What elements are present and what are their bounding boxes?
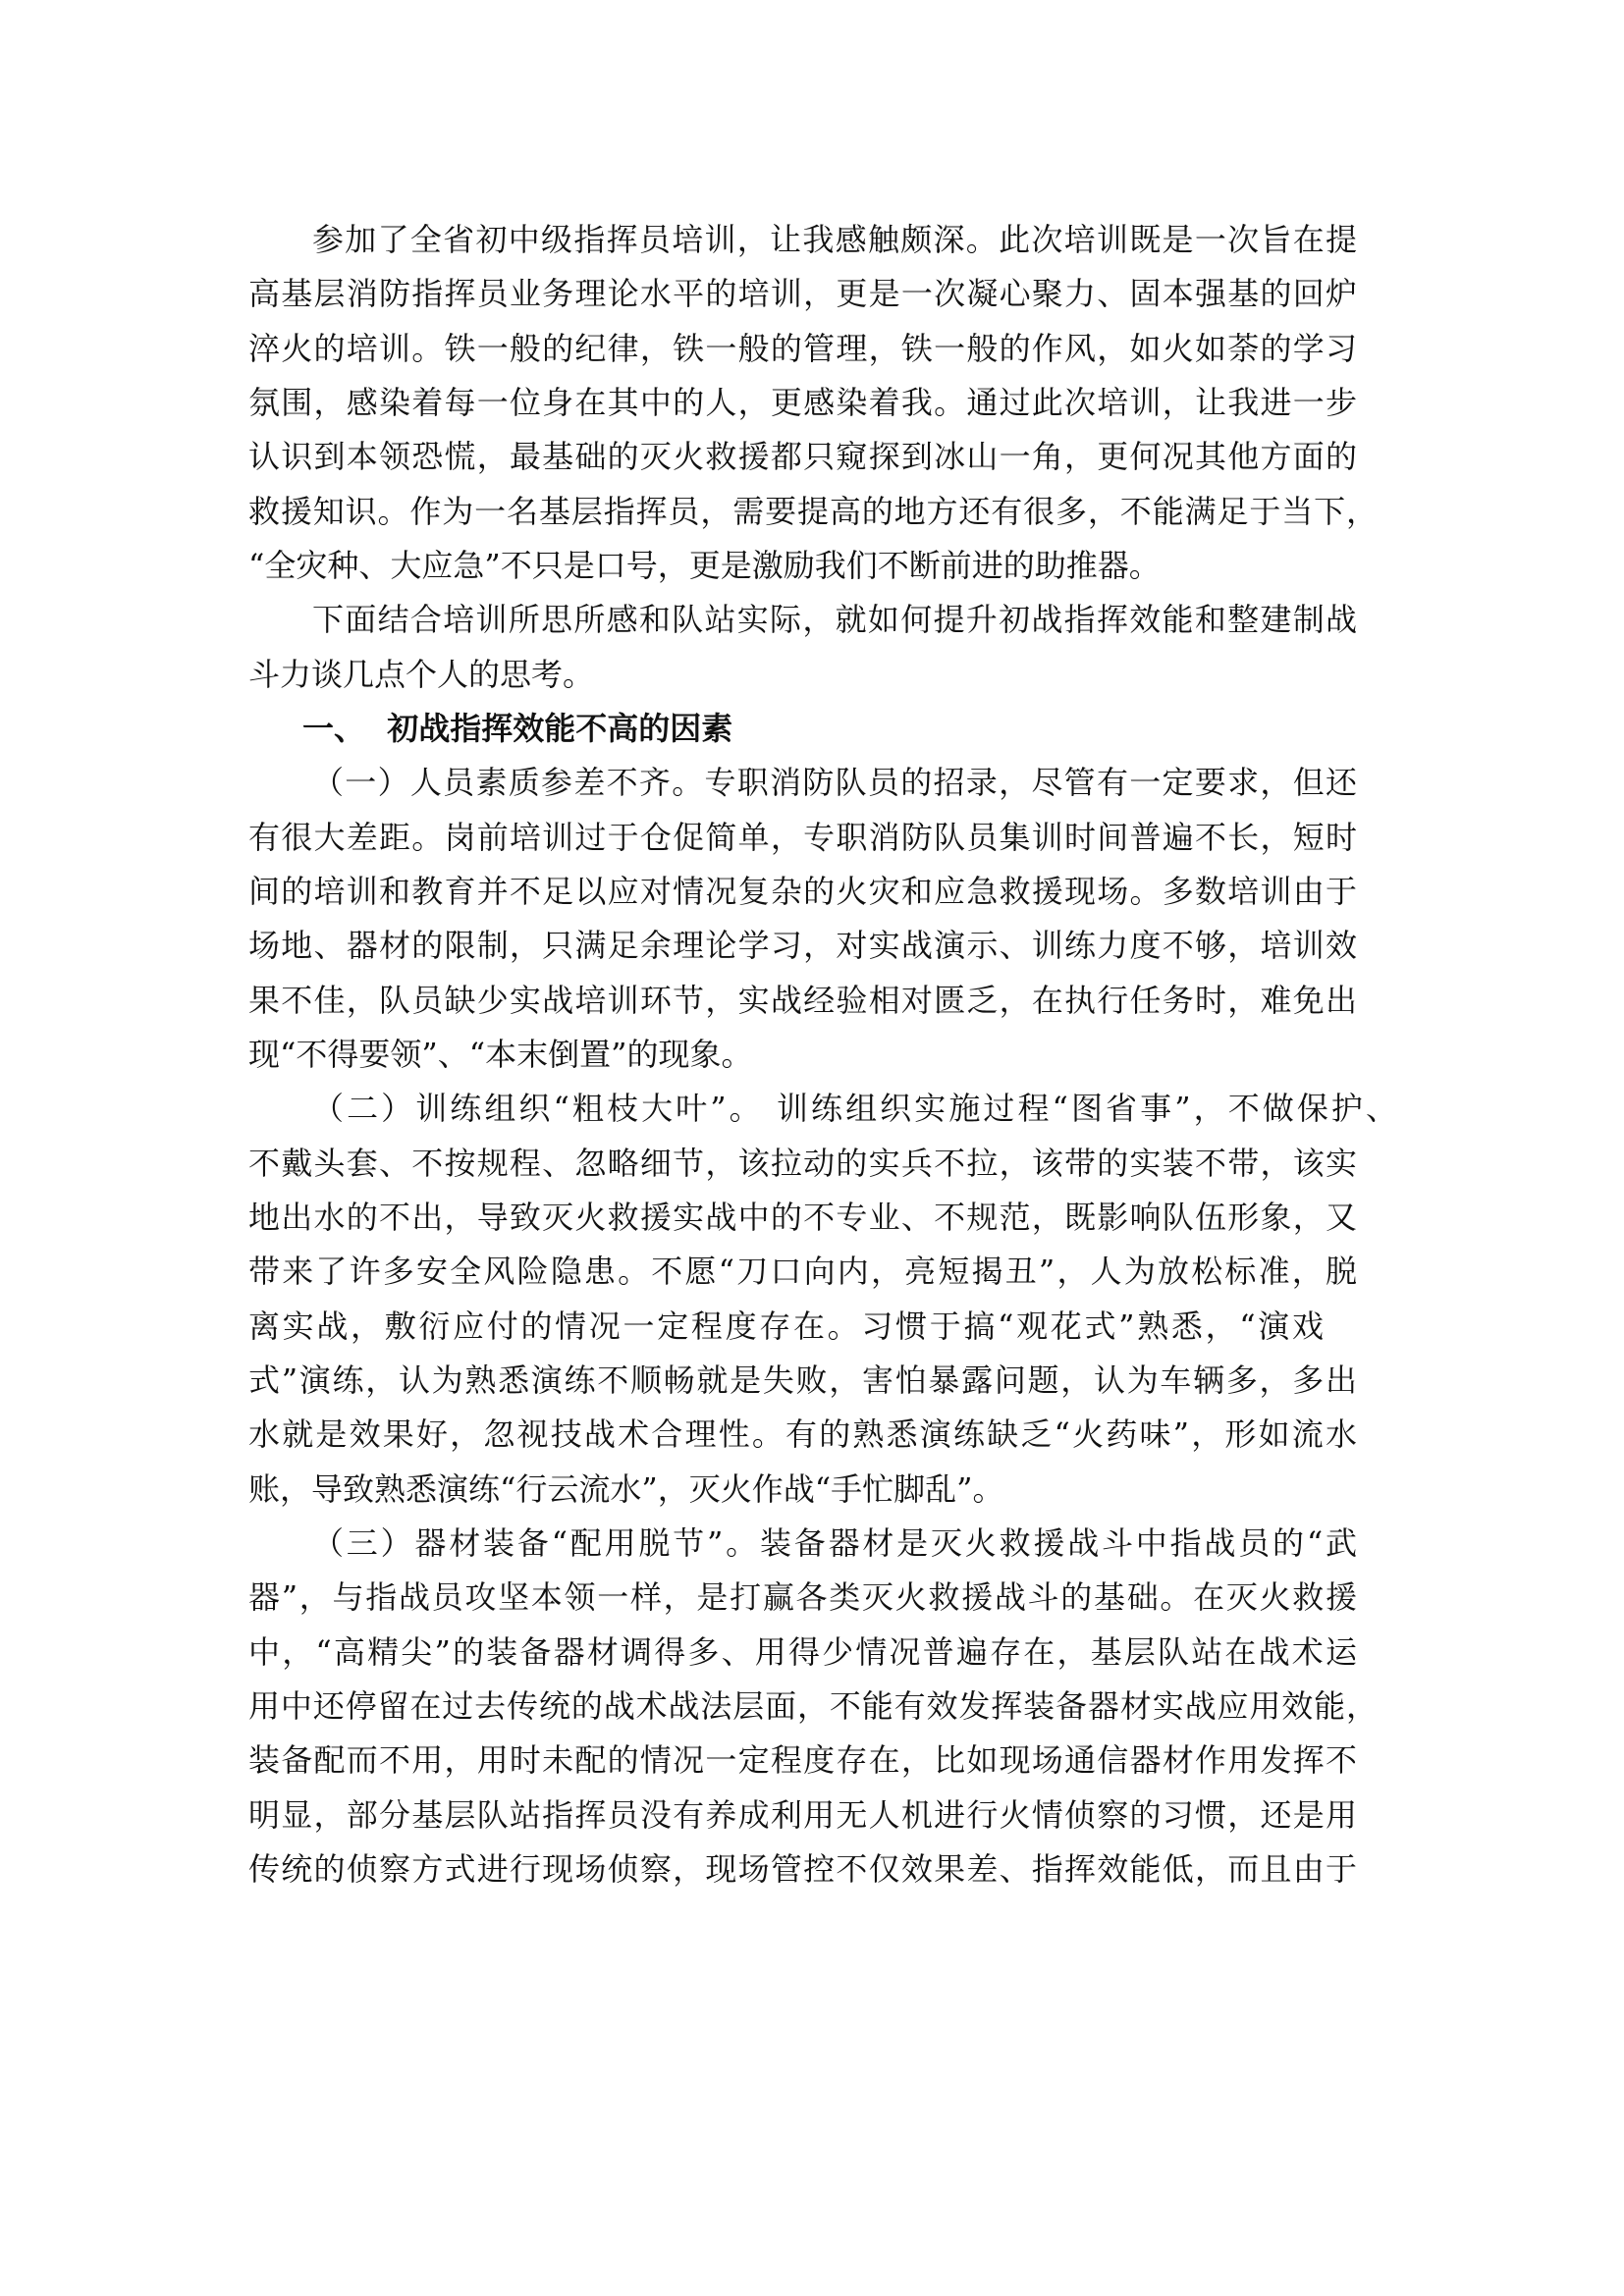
subsection-2-line-2: 不戴头套、不按规程、忽略细节，该拉动的实兵不拉，该带的实装不带，该实: [248, 1144, 1357, 1183]
paragraph-1-line-2: 高基层消防指挥员业务理论水平的培训，更是一次凝心聚力、固本强基的回炉: [248, 274, 1357, 313]
subsection-3-line-2: 器”，与指战员攻坚本领一样，是打赢各类灭火救援战斗的基础。在灭火救援: [248, 1577, 1357, 1617]
document-page: 参加了全省初中级指挥员培训，让我感触颇深。此次培训既是一次旨在提 高基层消防指挥…: [0, 0, 1624, 2296]
subsection-3-line-4: 用中还停留在过去传统的战术战法层面，不能有效发挥装备器材实战应用效能，: [248, 1686, 1378, 1726]
subsection-2-line-1: （二）训练组织“粗枝大叶”。 训练组织实施过程“图省事”，不做保护、: [312, 1089, 1397, 1128]
paragraph-1-line-3: 淬火的培训。铁一般的纪律，铁一般的管理，铁一般的作风，如火如荼的学习: [248, 329, 1357, 368]
paragraph-1-line-6: 救援知识。作为一名基层指挥员，需要提高的地方还有很多，不能满足于当下，: [248, 492, 1378, 531]
subsection-1-line-3: 间的培训和教育并不足以应对情况复杂的火灾和应急救援现场。多数培训由于: [248, 872, 1357, 911]
subsection-3-line-6: 明显，部分基层队站指挥员没有养成利用无人机进行火情侦察的习惯，还是用: [248, 1795, 1357, 1835]
subsection-1-line-4: 场地、器材的限制，只满足余理论学习，对实战演示、训练力度不够，培训效: [248, 926, 1357, 965]
subsection-2-line-4: 带来了许多安全风险隐患。不愿“刀口向内，亮短揭丑”，人为放松标准，脱: [248, 1252, 1357, 1291]
paragraph-1-line-7: “全灾种、大应急”不只是口号，更是激励我们不断前进的助推器。: [248, 546, 1161, 585]
subsection-2-line-7: 水就是效果好，忽视技战术合理性。有的熟悉演练缺乏“火药味”，形如流水: [248, 1415, 1357, 1454]
subsection-3-line-1: （三）器材装备“配用脱节”。装备器材是灭火救援战斗中指战员的“武: [312, 1523, 1357, 1563]
section-heading-1: 一、 初战指挥效能不高的因素: [302, 709, 732, 748]
paragraph-1-line-1: 参加了全省初中级指挥员培训，让我感触颇深。此次培训既是一次旨在提: [312, 220, 1357, 259]
subsection-2-line-3: 地出水的不出，导致灭火救援实战中的不专业、不规范，既影响队伍形象，又: [248, 1198, 1357, 1237]
subsection-2-line-5: 离实战，敷衍应付的情况一定程度存在。习惯于搞“观花式”熟悉，“演戏: [248, 1307, 1324, 1346]
paragraph-2-line-2: 斗力谈几点个人的思考。: [248, 655, 594, 694]
subsection-3-line-5: 装备配而不用，用时未配的情况一定程度存在，比如现场通信器材作用发挥不: [248, 1740, 1357, 1780]
paragraph-2-line-1: 下面结合培训所思所感和队站实际，就如何提升初战指挥效能和整建制战: [312, 600, 1357, 639]
subsection-1-line-1: （一）人员素质参差不齐。专职消防队员的招录，尽管有一定要求，但还: [312, 763, 1357, 802]
subsection-2-line-8: 账，导致熟悉演练“行云流水”，灭火作战“手忙脚乱”。: [248, 1469, 1003, 1509]
subsection-1-line-6: 现“不得要领”、“本末倒置”的现象。: [248, 1035, 752, 1074]
subsection-1-line-5: 果不佳，队员缺少实战培训环节，实战经验相对匮乏，在执行任务时，难免出: [248, 981, 1357, 1020]
paragraph-1-line-5: 认识到本领恐慌，最基础的灭火救援都只窥探到冰山一角，更何况其他方面的: [248, 437, 1357, 476]
subsection-3-line-3: 中，“高精尖”的装备器材调得多、用得少情况普遍存在，基层队站在战术运: [248, 1632, 1357, 1672]
subsection-3-line-7: 传统的侦察方式进行现场侦察，现场管控不仅效果差、指挥效能低，而且由于: [248, 1849, 1357, 1889]
paragraph-1-line-4: 氛围，感染着每一位身在其中的人，更感染着我。通过此次培训，让我进一步: [248, 383, 1357, 422]
subsection-2-line-6: 式”演练，认为熟悉演练不顺畅就是失败，害怕暴露问题，认为车辆多，多出: [248, 1361, 1357, 1400]
subsection-1-line-2: 有很大差距。岗前培训过于仓促简单，专职消防队员集训时间普遍不长，短时: [248, 818, 1357, 857]
